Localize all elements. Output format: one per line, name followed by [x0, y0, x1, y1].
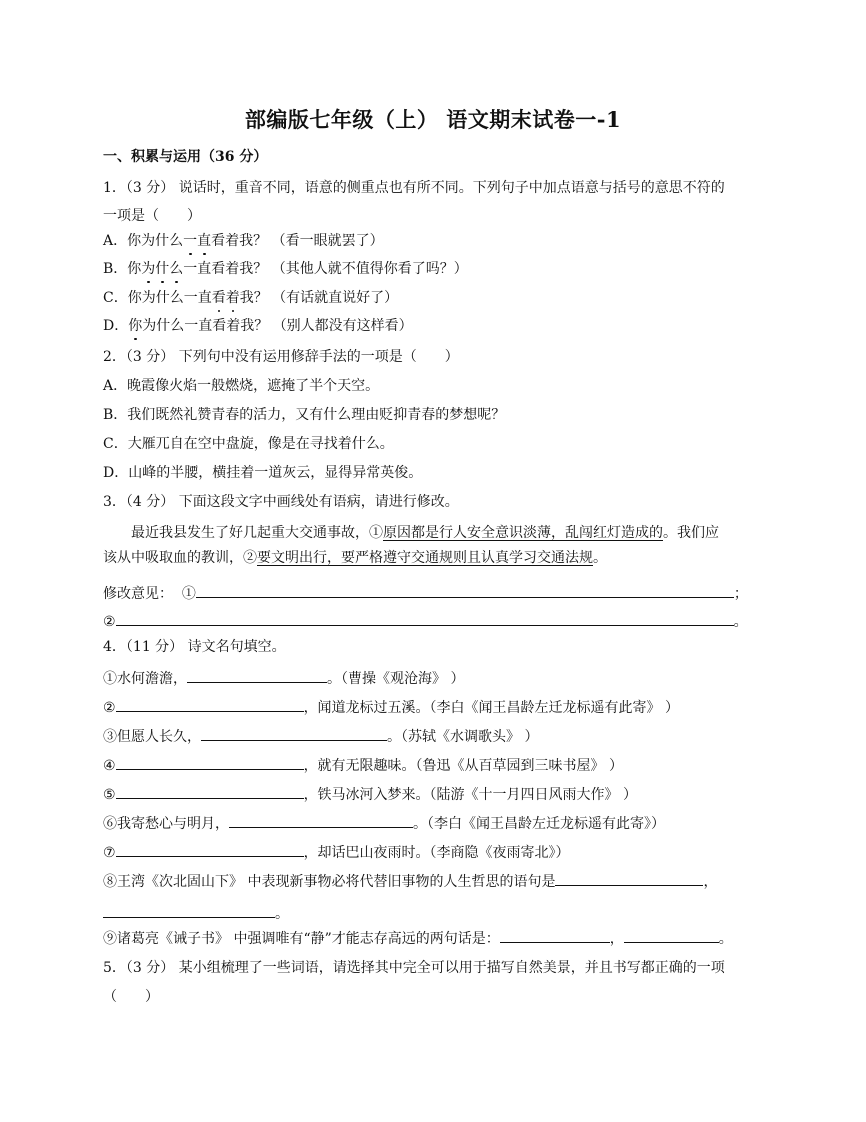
circled-number-2: ②: [103, 614, 116, 630]
emphasis-dotted-text: 你: [128, 318, 142, 334]
answer-blank[interactable]: [201, 726, 387, 741]
q4-item-9: ⑨诸葛亮《诫子书》 中强调唯有“静”才能志存高远的两句话是：，。: [103, 928, 733, 949]
option-label: B．: [103, 261, 127, 277]
circled-number-2: ②: [243, 550, 257, 566]
page-title: 部编版七年级（上） 语文期末试卷一-1: [0, 104, 866, 134]
item-source: 。（苏轼《水调歌头》 ）: [387, 729, 538, 745]
q3-stem: 3．（4 分） 下面这段文字中画线处有语病，请进行修改。: [103, 492, 459, 512]
paragraph-text: 。: [593, 550, 607, 566]
q4-item-3: ③但愿人长久，。（苏轼《水调歌头》 ）: [103, 726, 538, 747]
punctuation: ，: [703, 874, 717, 890]
option-text: 你: [127, 261, 141, 277]
q4-stem: 4．（11 分） 诗文名句填空。: [103, 637, 286, 657]
q4-item-1: ①水何澹澹，。（曹操《观沧海》 ）: [103, 668, 464, 689]
q4-item-8: ⑧王湾《次北固山下》 中表现新事物必将代替旧事物的人生哲思的语句是，: [103, 871, 717, 892]
q2-option-b: B．我们既然礼赞青春的活力，又有什么理由贬抑青春的梦想呢？: [103, 405, 505, 425]
q1-stem-line2: 一项是（ ）: [103, 206, 201, 226]
item-text: ⑥我寄愁心与明月，: [103, 816, 229, 832]
q5-stem-line2: （ ）: [103, 987, 159, 1007]
q3-revise-line1: 修改意见： ①；: [103, 583, 748, 604]
revise-label: 修改意见：: [103, 586, 173, 602]
punctuation: ，: [610, 931, 624, 947]
q3-paragraph-line2: 该从中吸取血的教训，②要文明出行，要严格遵守交通规则且认真学习交通法规。: [103, 548, 607, 568]
answer-blank[interactable]: [116, 611, 734, 626]
q2-option-c: C．大雁兀自在空中盘旋，像是在寻找着什么。: [103, 434, 394, 454]
emphasis-dotted-text: 为什么: [141, 261, 183, 277]
q2-stem: 2．（3 分） 下列句中没有运用修辞手法的一项是（ ）: [103, 347, 459, 367]
option-text: 看着我？: [211, 233, 267, 249]
item-source: ，却话巴山夜雨时。（李商隐《夜雨寄北》）: [304, 845, 570, 861]
item-text: ⑦: [103, 845, 116, 861]
answer-blank[interactable]: [116, 784, 304, 799]
punctuation: 。: [719, 931, 733, 947]
item-source: ，铁马冰河入梦来。（陆游《十一月四日风雨大作》 ）: [304, 787, 637, 803]
underlined-error-1: 原因都是行人安全意识淡薄，乱闯红灯造成的: [383, 525, 663, 541]
option-label: A．: [103, 233, 127, 249]
answer-blank[interactable]: [555, 871, 703, 886]
option-note: （其他人就不值得你看了吗？）: [272, 261, 468, 277]
answer-blank[interactable]: [116, 755, 304, 770]
q1-option-b: B．你为什么一直看着我？ （其他人就不值得你看了吗？）: [103, 259, 468, 279]
answer-blank[interactable]: [500, 928, 610, 943]
q4-item-4: ④，就有无限趣味。（鲁迅《从百草园到三味书屋》 ）: [103, 755, 623, 776]
q5-stem-line1: 5．（3 分） 某小组梳理了一些词语，请选择其中完全可以用于描写自然美景，并且书…: [103, 958, 725, 978]
punctuation: 。: [275, 906, 289, 922]
option-text: 你为什么: [127, 233, 183, 249]
emphasis-dotted-text: 一直: [183, 233, 211, 249]
item-text: ⑨诸葛亮《诫子书》 中强调唯有“静”才能志存高远的两句话是：: [103, 931, 500, 947]
q1-option-a: A．你为什么一直看着我？ （看一眼就罢了）: [103, 231, 384, 251]
circled-number-1: ①: [182, 586, 196, 602]
answer-blank[interactable]: [116, 697, 304, 712]
item-text: ⑤: [103, 787, 116, 803]
paragraph-text: 最近我县发生了好几起重大交通事故，: [131, 525, 369, 541]
item-source: 。（曹操《观沧海》 ）: [327, 671, 464, 687]
item-source: ，就有无限趣味。（鲁迅《从百草园到三味书屋》 ）: [304, 758, 623, 774]
q4-item-7: ⑦，却话巴山夜雨时。（李商隐《夜雨寄北》）: [103, 842, 570, 863]
emphasis-dotted-text: 看着: [212, 290, 240, 306]
item-text: ①水何澹澹，: [103, 671, 187, 687]
option-text: 我？: [240, 290, 268, 306]
q3-paragraph-line1: 最近我县发生了好几起重大交通事故，①原因都是行人安全意识淡薄，乱闯红灯造成的。我…: [131, 523, 719, 543]
option-note: （有话就直说好了）: [272, 290, 398, 306]
item-text: ④: [103, 758, 116, 774]
q2-option-d: D．山峰的半腰，横挂着一道灰云，显得异常英俊。: [103, 463, 422, 483]
item-source: 。（李白《闻王昌龄左迁龙标遥有此寄》）: [413, 816, 665, 832]
q4-item-8-cont: 。: [103, 903, 289, 924]
option-note: （看一眼就罢了）: [272, 233, 384, 249]
q4-item-6: ⑥我寄愁心与明月，。（李白《闻王昌龄左迁龙标遥有此寄》）: [103, 813, 665, 834]
option-label: C．: [103, 290, 128, 306]
paragraph-text: 该从中吸取血的教训，: [103, 550, 243, 566]
q1-stem-line1: 1．（3 分） 说话时，重音不同，语意的侧重点也有所不同。下列句子中加点语意与括…: [103, 178, 725, 198]
punctuation: 。: [734, 614, 748, 630]
option-note: （别人都没有这样看）: [273, 318, 413, 334]
q4-item-5: ⑤，铁马冰河入梦来。（陆游《十一月四日风雨大作》 ）: [103, 784, 637, 805]
circled-number-1: ①: [369, 525, 383, 541]
underlined-error-2: 要文明出行，要严格遵守交通规则且认真学习交通法规: [257, 550, 593, 566]
item-text: ③但愿人长久，: [103, 729, 201, 745]
answer-blank[interactable]: [187, 668, 327, 683]
item-source: ，闻道龙标过五溪。（李白《闻王昌龄左迁龙标遥有此寄》 ）: [304, 700, 679, 716]
q1-option-d: D．你为什么一直看着我？ （别人都没有这样看）: [103, 316, 413, 336]
answer-blank[interactable]: [103, 903, 275, 918]
option-text: 一直看着我？: [183, 261, 267, 277]
q3-revise-line2: ②。: [103, 611, 748, 632]
item-text: ②: [103, 700, 116, 716]
punctuation: ；: [734, 586, 748, 602]
paragraph-text: 。我们应: [663, 525, 719, 541]
q4-item-2: ②，闻道龙标过五溪。（李白《闻王昌龄左迁龙标遥有此寄》 ）: [103, 697, 679, 718]
answer-blank[interactable]: [116, 842, 304, 857]
item-text: ⑧王湾《次北固山下》 中表现新事物必将代替旧事物的人生哲思的语句是: [103, 874, 555, 890]
answer-blank[interactable]: [624, 928, 719, 943]
section-heading: 一、积累与运用（36 分）: [103, 147, 267, 167]
exam-page: 部编版七年级（上） 语文期末试卷一-1 一、积累与运用（36 分） 1．（3 分…: [0, 0, 866, 1122]
answer-blank[interactable]: [196, 583, 734, 598]
option-text: 为什么一直看着我？: [142, 318, 268, 334]
q1-option-c: C．你为什么一直看着我？ （有话就直说好了）: [103, 288, 398, 308]
q2-option-a: A．晚霞像火焰一般燃烧，遮掩了半个天空。: [103, 376, 379, 396]
option-label: D．: [103, 318, 128, 334]
answer-blank[interactable]: [229, 813, 413, 828]
option-text: 你为什么一直: [128, 290, 212, 306]
